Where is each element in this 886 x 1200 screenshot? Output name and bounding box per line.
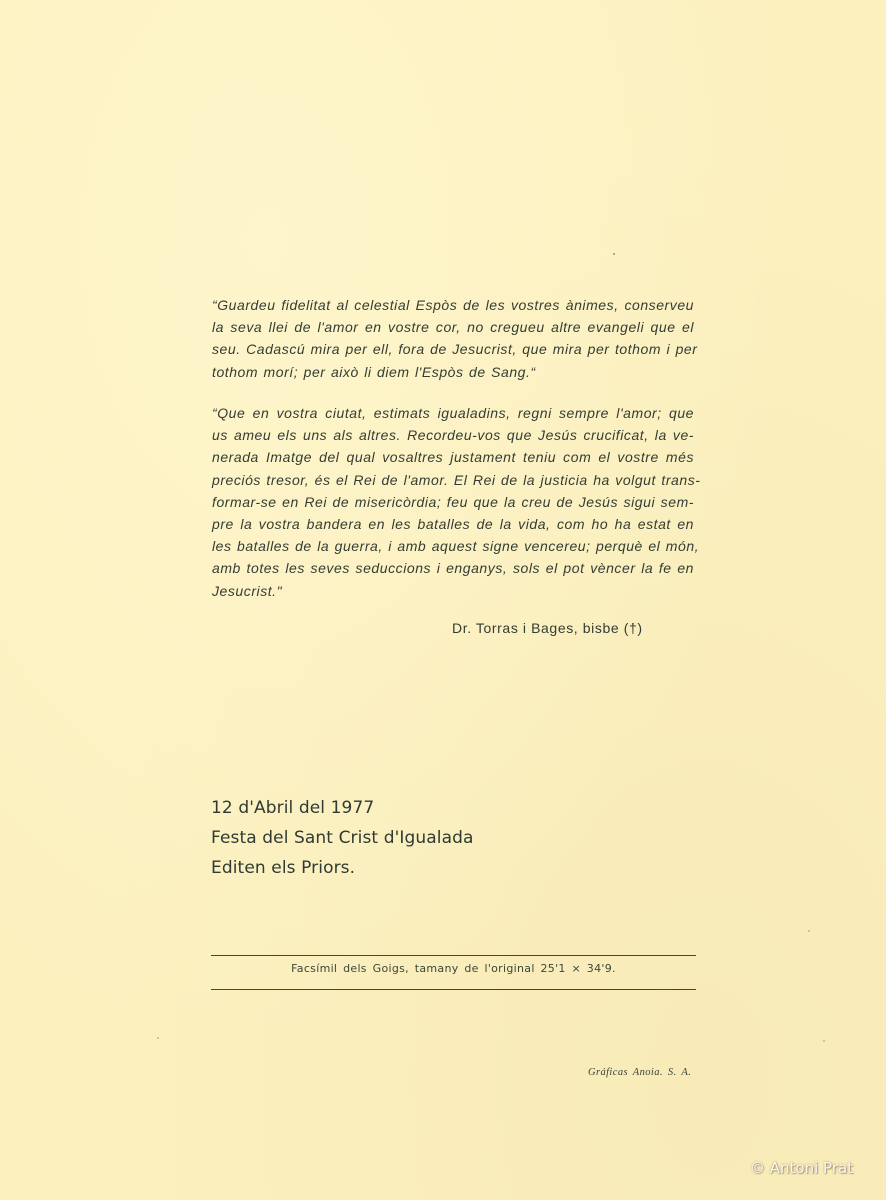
quote-paragraph-2: “Que en vostra ciutat, estimats igualadi… <box>212 402 694 602</box>
document-page: “Guardeu fidelitat al celestial Espòs de… <box>0 0 886 1200</box>
date-line: 12 d'Abril del 1977 <box>211 793 474 823</box>
facsimile-note: Facsímil dels Goigs, tamany de l'origina… <box>211 962 696 975</box>
copyright-watermark: © Antoni Prat <box>750 1159 853 1177</box>
divider-top <box>211 955 696 956</box>
quote-line: preciós tresor, és el Rei de l'amor. El … <box>212 469 694 491</box>
quote-line: amb totes les seves seduccions i enganys… <box>212 557 694 579</box>
quote-line: la seva llei de l'amor en vostre cor, no… <box>212 316 694 338</box>
quote-line: “Guardeu fidelitat al celestial Espòs de… <box>212 294 694 316</box>
publisher-line: Editen els Priors. <box>211 853 474 883</box>
publication-info: 12 d'Abril del 1977 Festa del Sant Crist… <box>211 793 474 883</box>
quote-line: pre la vostra bandera en les batalles de… <box>212 513 694 535</box>
quote-line: “Que en vostra ciutat, estimats igualadi… <box>212 402 694 424</box>
paper-speck <box>808 930 810 932</box>
quote-line: tothom morí; per això li diem l'Espòs de… <box>212 361 694 383</box>
divider-bottom <box>211 989 696 990</box>
paper-speck <box>157 1037 159 1039</box>
quote-paragraph-1: “Guardeu fidelitat al celestial Espòs de… <box>212 294 694 383</box>
paper-speck <box>613 253 615 255</box>
event-line: Festa del Sant Crist d'Igualada <box>211 823 474 853</box>
quote-line: nerada Imatge del qual vosaltres justame… <box>212 446 694 468</box>
quote-line: formar-se en Rei de misericòrdia; feu qu… <box>212 491 694 513</box>
printer-credit: Gráficas Anoia. S. A. <box>588 1067 691 1078</box>
quote-line: Jesucrist." <box>212 580 694 602</box>
quote-line: les batalles de la guerra, i amb aquest … <box>212 535 694 557</box>
quote-line: us ameu els uns als altres. Recordeu-vos… <box>212 424 694 446</box>
quote-line: seu. Cadascú mira per ell, fora de Jesuc… <box>212 338 694 360</box>
quote-signature: Dr. Torras i Bages, bisbe (†) <box>452 620 643 636</box>
paper-speck <box>823 1040 825 1042</box>
